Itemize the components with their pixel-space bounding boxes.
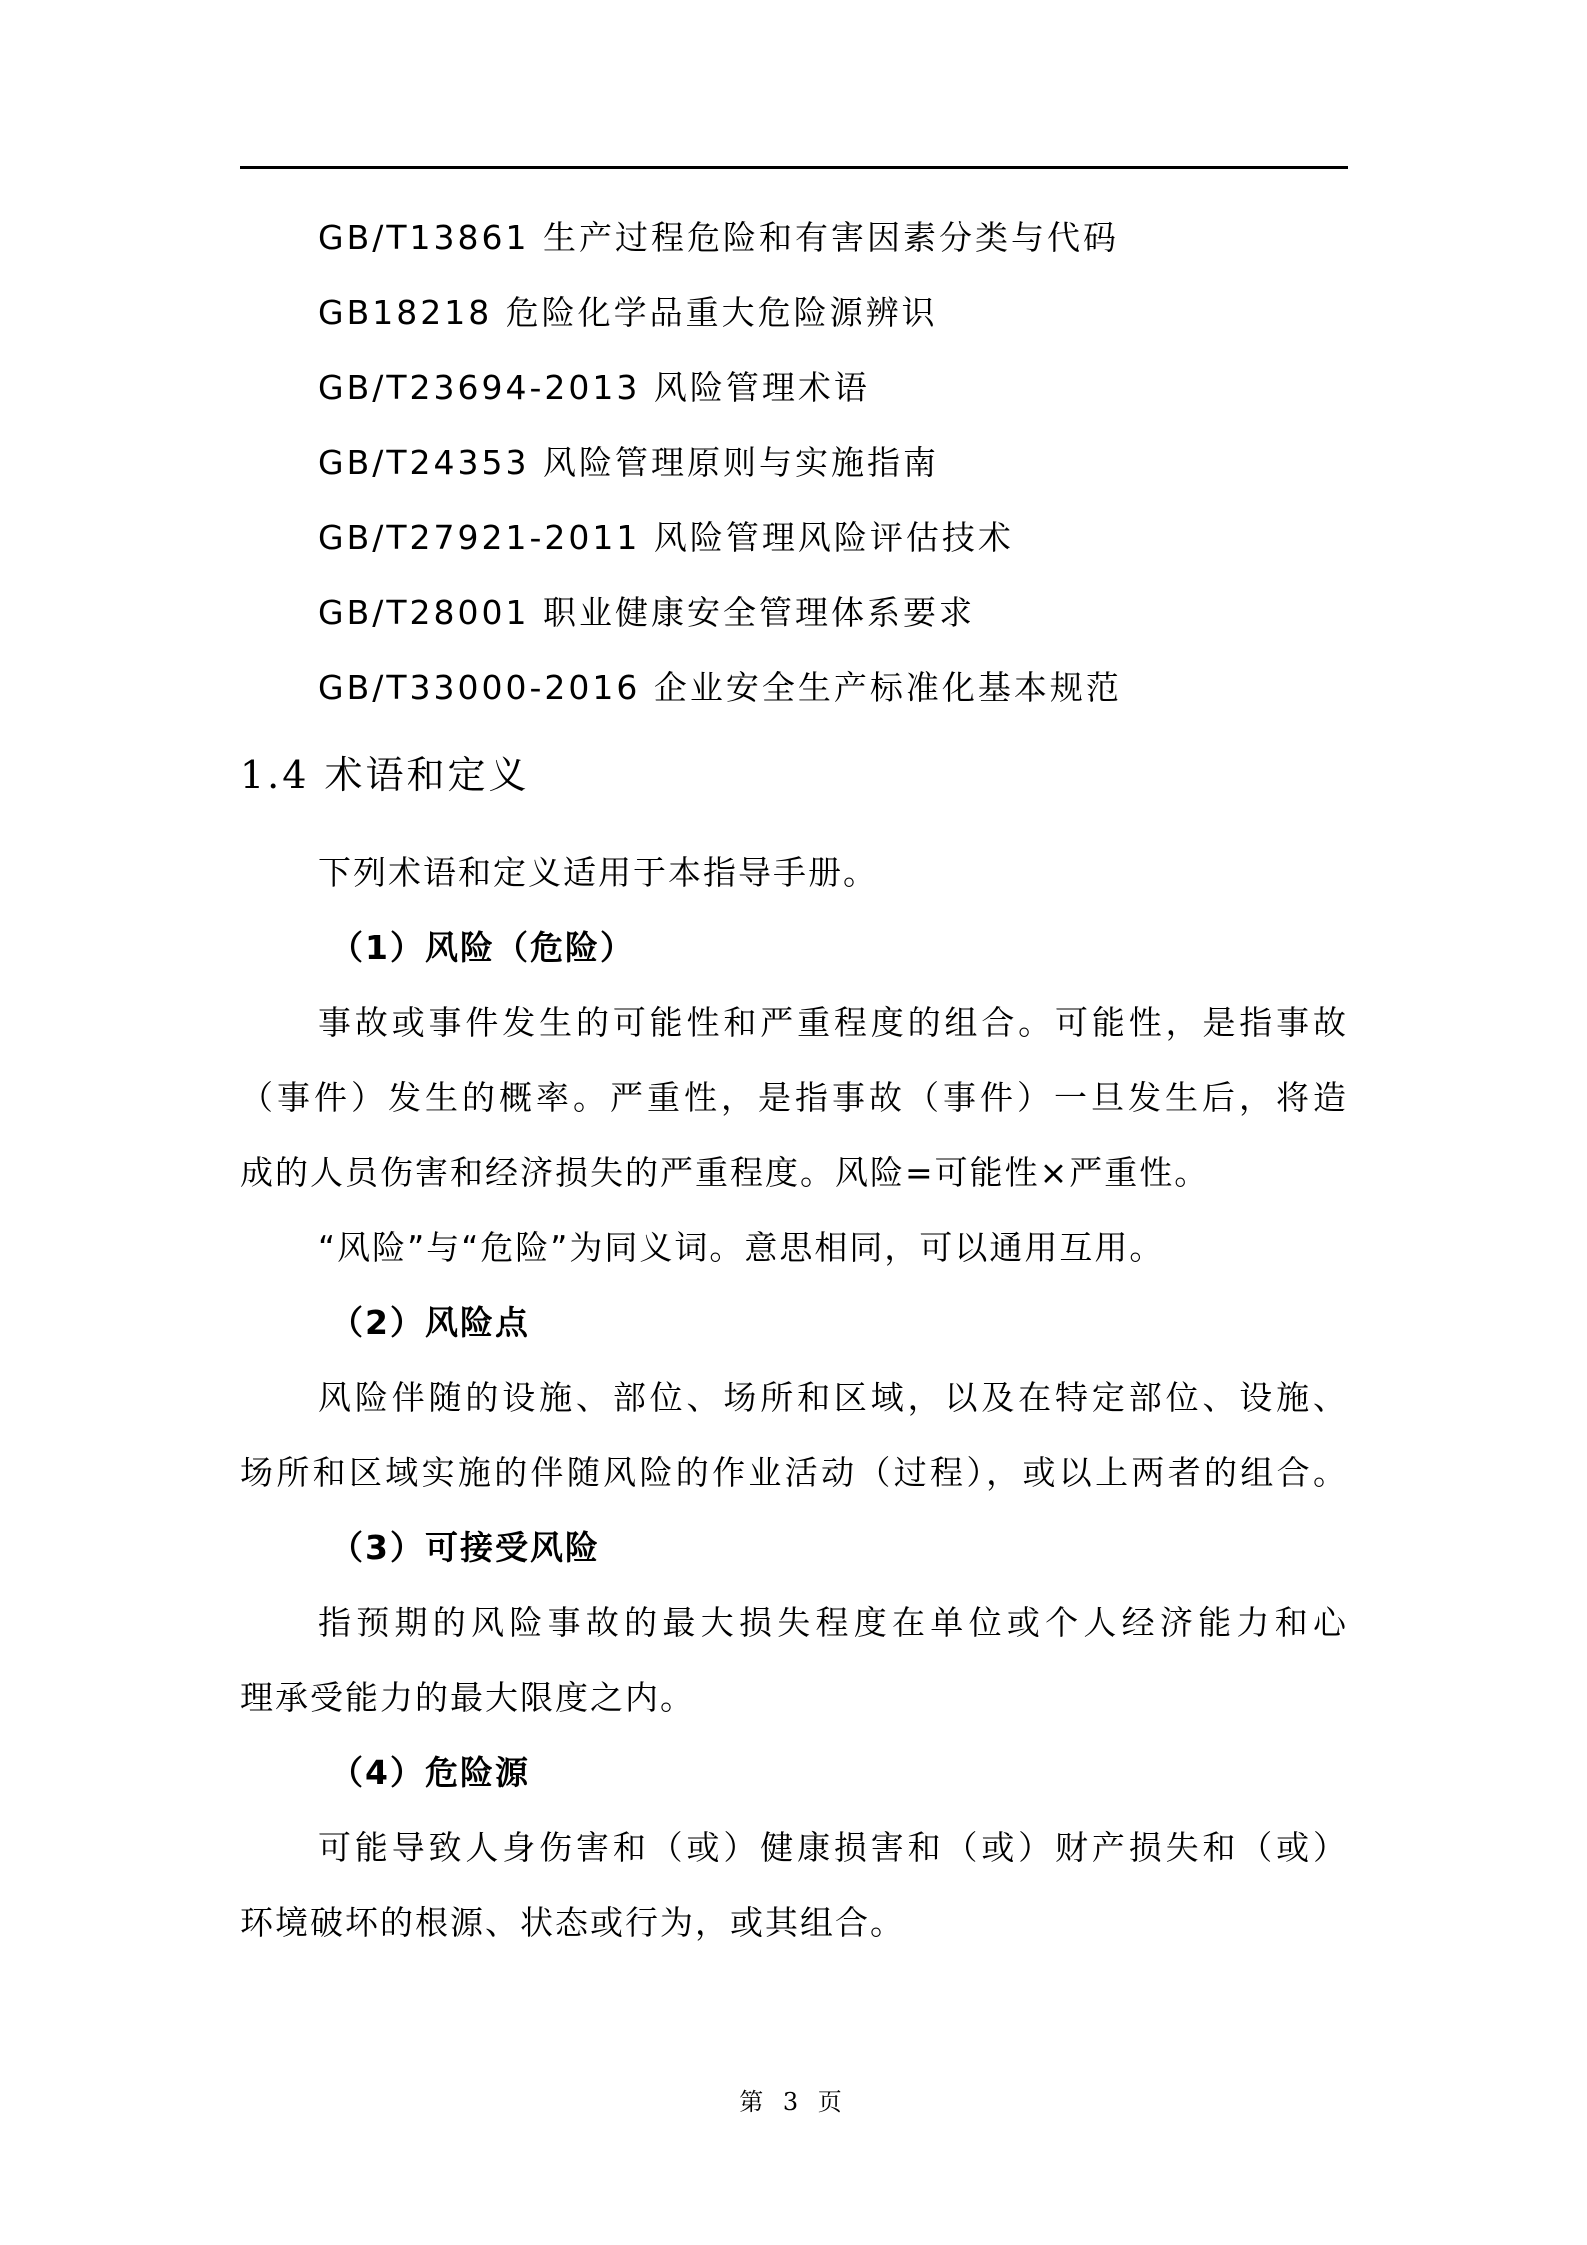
term-body-line: 场所和区域实施的伴随风险的作业活动（过程），或以上两者的组合。: [240, 1453, 1348, 1493]
term-body-line: 事故或事件发生的可能性和严重程度的组合。可能性，是指事故: [318, 1003, 1348, 1043]
term-title-risk-point: （2）风险点: [330, 1303, 530, 1343]
reference-item: GB/T33000-2016 企业安全生产标准化基本规范: [318, 668, 1122, 708]
reference-item: GB/T28001 职业健康安全管理体系要求: [318, 593, 975, 633]
term-body-line: 风险伴随的设施、部位、场所和区域，以及在特定部位、设施、: [318, 1378, 1348, 1418]
section-heading: 1.4 术语和定义: [240, 755, 530, 795]
section-intro: 下列术语和定义适用于本指导手册。: [318, 853, 878, 893]
term-note: “风险”与“危险”为同义词。意思相同，可以通用互用。: [318, 1228, 1164, 1268]
term-body-line: 理承受能力的最大限度之内。: [240, 1678, 695, 1718]
term-body-line: 指预期的风险事故的最大损失程度在单位或个人经济能力和心: [318, 1603, 1348, 1643]
reference-item: GB/T24353 风险管理原则与实施指南: [318, 443, 939, 483]
term-body-line: 成的人员伤害和经济损失的严重程度。风险=可能性×严重性。: [240, 1153, 1209, 1193]
reference-item: GB/T23694-2013 风险管理术语: [318, 368, 870, 408]
term-body-line: 可能导致人身伤害和（或）健康损害和（或）财产损失和（或）: [318, 1828, 1348, 1868]
reference-item: GB/T27921-2011 风险管理风险评估技术: [318, 518, 1014, 558]
term-body-line: 环境破坏的根源、状态或行为，或其组合。: [240, 1903, 905, 1943]
page-number: 第 3 页: [0, 2082, 1587, 2117]
reference-item: GB/T13861 生产过程危险和有害因素分类与代码: [318, 218, 1119, 258]
term-title-acceptable-risk: （3）可接受风险: [330, 1528, 600, 1568]
term-title-risk: （1）风险（危险）: [330, 928, 635, 968]
header-rule: [240, 166, 1348, 169]
reference-item: GB18218 危险化学品重大危险源辨识: [318, 293, 938, 333]
term-body-line: （事件）发生的概率。严重性，是指事故（事件）一旦发生后，将造: [240, 1078, 1348, 1118]
term-title-hazard-source: （4）危险源: [330, 1753, 530, 1793]
